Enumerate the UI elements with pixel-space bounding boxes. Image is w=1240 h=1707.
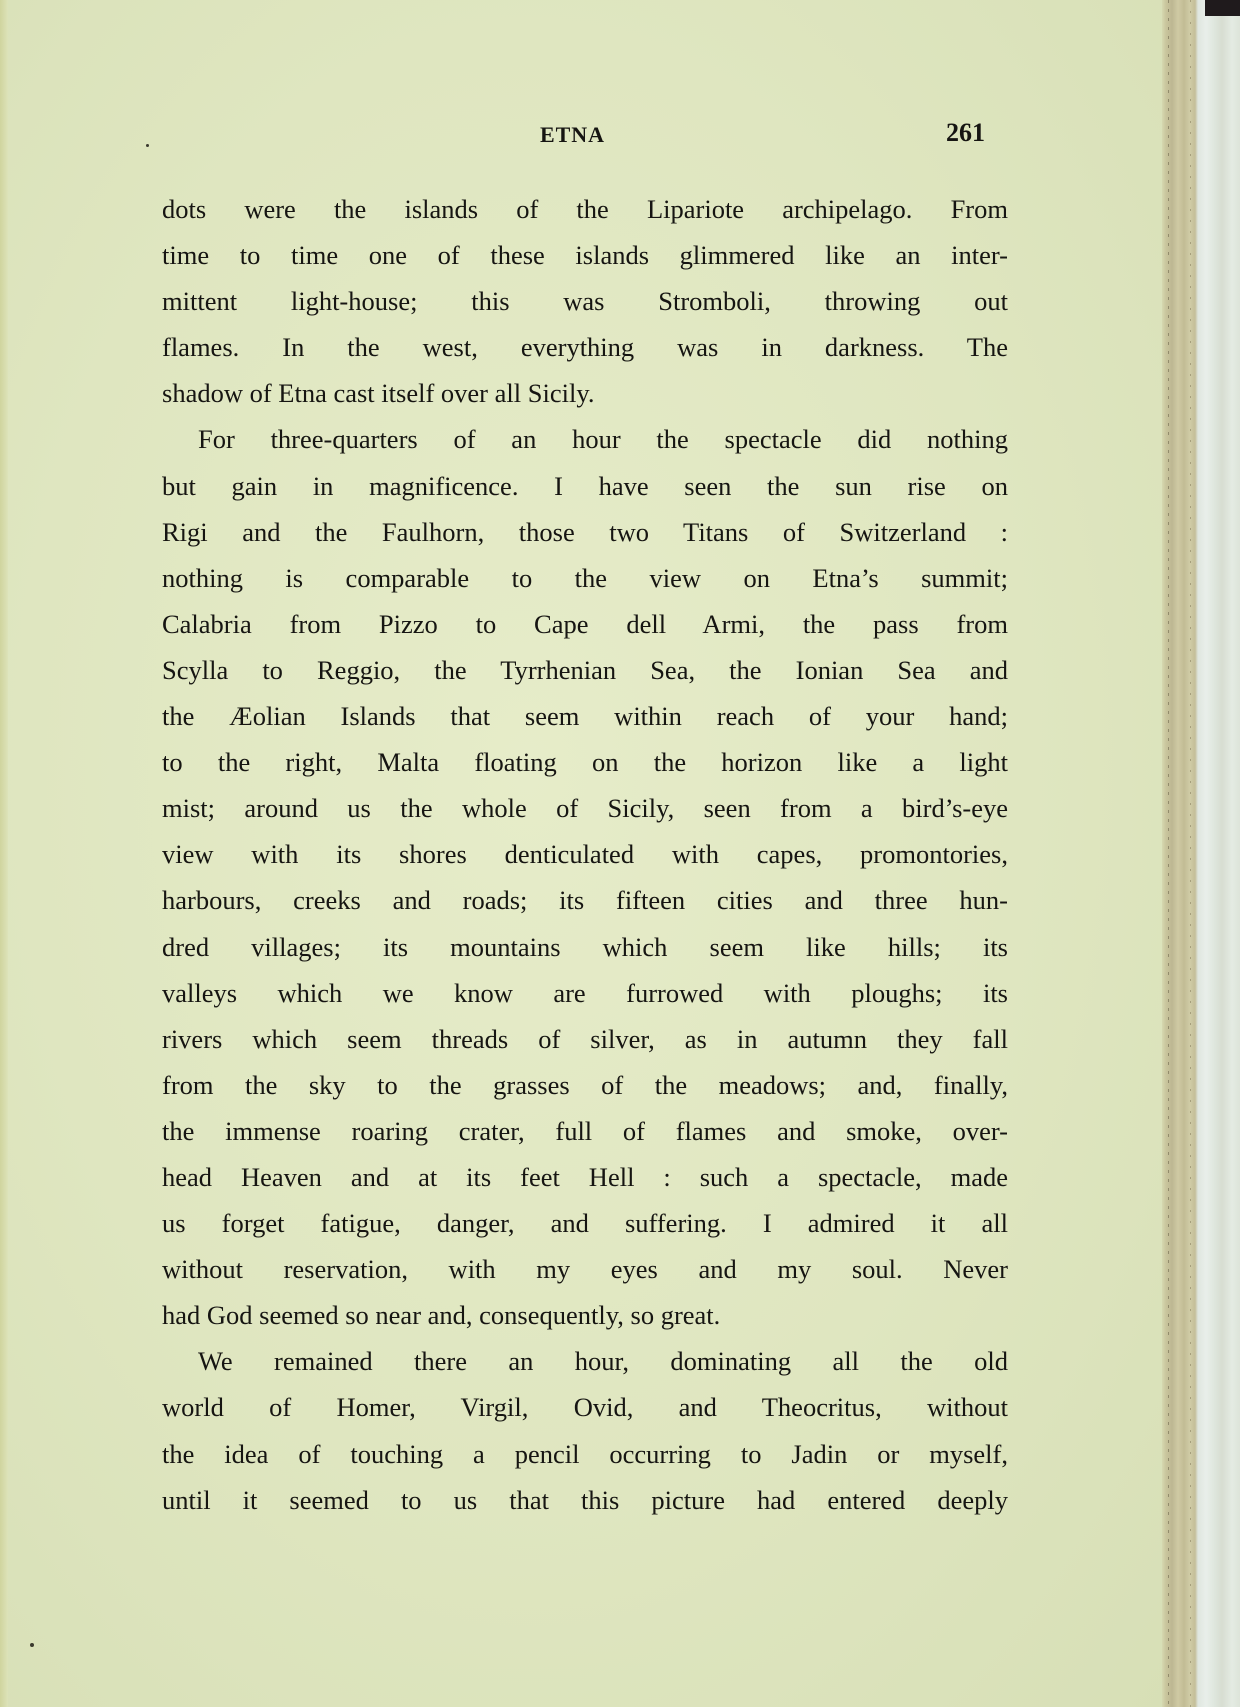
background-shadow [1205,0,1240,16]
text-line: flames. In the west, everything was in d… [162,324,1008,370]
text-line: dred villages; its mountains which seem … [162,924,1008,970]
text-line: the immense roaring crater, full of flam… [162,1108,1008,1154]
text-line: harbours, creeks and roads; its fifteen … [162,877,1008,923]
text-line: Calabria from Pizzo to Cape dell Armi, t… [162,601,1008,647]
paragraph: dots were the islands of the Lipariote a… [162,186,1008,416]
text-line: shadow of Etna cast itself over all Sici… [162,370,1008,416]
text-line: to the right, Malta floating on the hori… [162,739,1008,785]
text-line: mist; around us the whole of Sicily, see… [162,785,1008,831]
text-line: from the sky to the grasses of the meado… [162,1062,1008,1108]
paper-speck [30,1643,34,1647]
text-line: head Heaven and at its feet Hell : such … [162,1154,1008,1200]
text-line: had God seemed so near and, consequently… [162,1292,1008,1338]
text-line: rivers which seem threads of silver, as … [162,1016,1008,1062]
text-line: view with its shores denticulated with c… [162,831,1008,877]
text-line: time to time one of these islands glimme… [162,232,1008,278]
text-line: For three-quarters of an hour the specta… [162,416,1008,462]
text-line: valleys which we know are furrowed with … [162,970,1008,1016]
text-line: Rigi and the Faulhorn, those two Titans … [162,509,1008,555]
gutter-edge [0,0,8,1707]
text-line: but gain in magnificence. I have seen th… [162,463,1008,509]
text-line: mittent light-house; this was Stromboli,… [162,278,1008,324]
text-line: the Æolian Islands that seem within reac… [162,693,1008,739]
text-line: dots were the islands of the Lipariote a… [162,186,1008,232]
book-page: ETNA 261 dots were the islands of the Li… [0,0,1170,1707]
text-line: without reservation, with my eyes and my… [162,1246,1008,1292]
paragraph: We remained there an hour, dominating al… [162,1338,1008,1522]
page-number: 261 [946,118,985,148]
text-line: We remained there an hour, dominating al… [162,1338,1008,1384]
running-head: ETNA 261 [160,122,985,162]
text-line: until it seemed to us that this picture … [162,1477,1008,1523]
running-title: ETNA [160,122,985,148]
paper-speck [146,144,149,147]
text-line: Scylla to Reggio, the Tyrrhenian Sea, th… [162,647,1008,693]
text-line: us forget fatigue, danger, and suffering… [162,1200,1008,1246]
book-page-edges [1162,0,1240,1707]
text-line: the idea of touching a pencil occurring … [162,1431,1008,1477]
text-line: world of Homer, Virgil, Ovid, and Theocr… [162,1384,1008,1430]
paragraph: For three-quarters of an hour the specta… [162,416,1008,1338]
text-line: nothing is comparable to the view on Etn… [162,555,1008,601]
body-text: dots were the islands of the Lipariote a… [162,186,1008,1523]
